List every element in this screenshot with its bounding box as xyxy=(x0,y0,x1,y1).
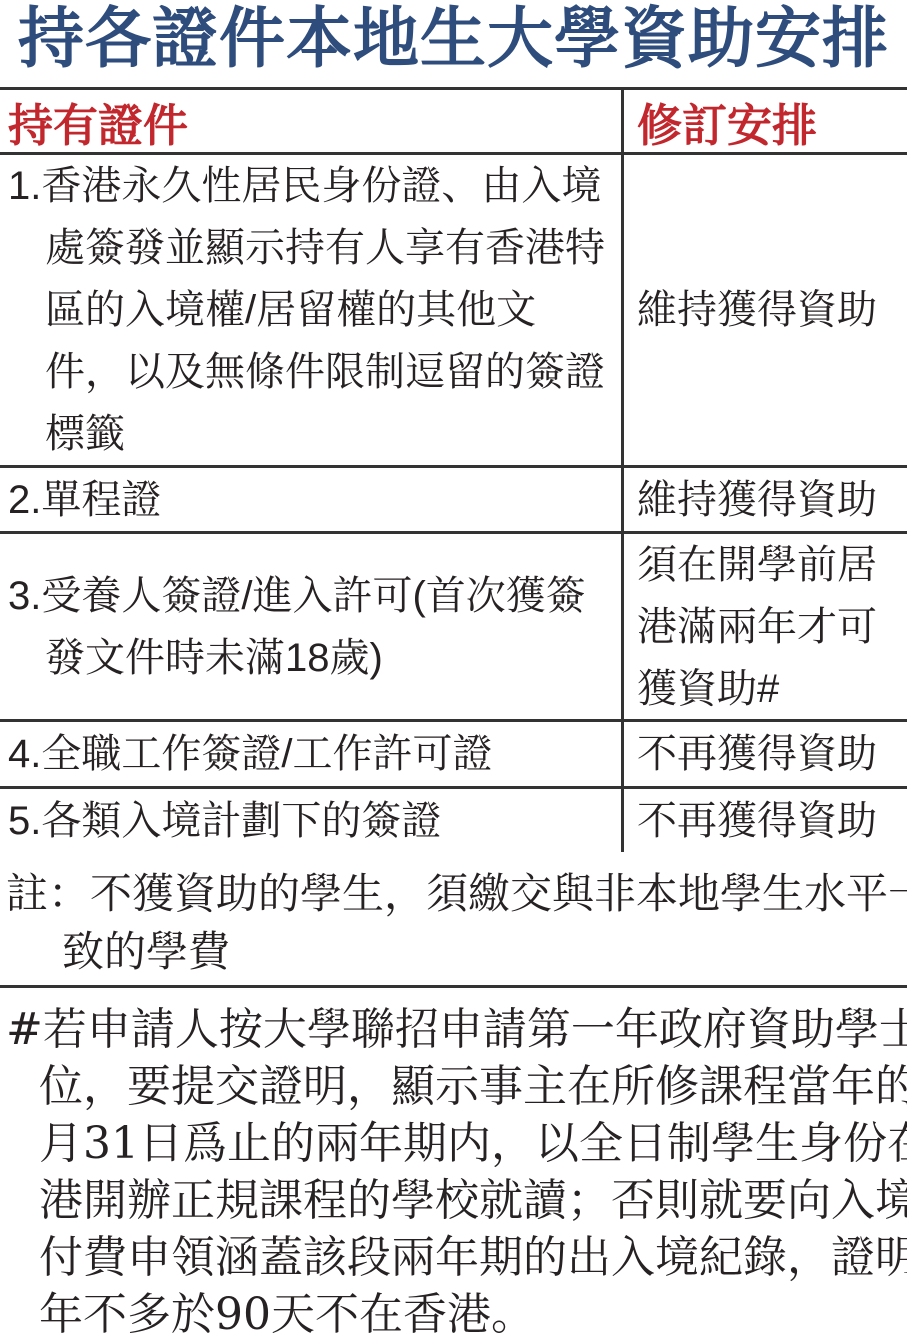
table-row: 4.全職工作簽證/工作許可證 不再獲得資助 xyxy=(0,722,907,789)
table-row: 5.各類入境計劃下的簽證 不再獲得資助 xyxy=(0,789,907,852)
document-text: 4.全職工作簽證/工作許可證 xyxy=(8,723,492,785)
header-cell-arrangement: 修訂安排 xyxy=(621,90,907,152)
infographic-page: 持各證件本地生大學資助安排 持有證件 修訂安排 1.香港永久性居民身份證、由入境… xyxy=(0,0,907,1335)
note-section: 註：不獲資助的學生，須繳交與非本地學生水平一 致的學費 xyxy=(0,855,907,988)
arrangement-text: 須在開學前居 港滿兩年才可 獲資助# xyxy=(637,534,877,720)
note-text: 註：不獲資助的學生，須繳交與非本地學生水平一 致的學費 xyxy=(6,865,907,981)
document-text: 5.各類入境計劃下的簽證 xyxy=(8,790,441,852)
document-cell: 2.單程證 xyxy=(0,468,621,531)
document-text: 2.單程證 xyxy=(8,469,161,531)
arrangement-cell: 不再獲得資助 xyxy=(621,722,907,786)
arrangement-text: 不再獲得資助 xyxy=(637,790,877,852)
footnote-text: #若申請人按大學聯招申請第一年政府資助學士學 位，要提交證明，顯示事主在所修課程… xyxy=(6,1001,907,1335)
page-title: 持各證件本地生大學資助安排 xyxy=(18,0,889,82)
table-row: 3.受養人簽證/進入許可(首次獲簽 發文件時未滿18歲) 須在開學前居 港滿兩年… xyxy=(0,534,907,722)
arrangement-text: 不再獲得資助 xyxy=(637,723,877,785)
document-text: 1.香港永久性居民身份證、由入境 處簽發並顯示持有人享有香港特 區的入境權/居留… xyxy=(8,155,605,465)
header-cell-documents: 持有證件 xyxy=(0,90,621,152)
footnote-section: #若申請人按大學聯招申請第一年政府資助學士學 位，要提交證明，顯示事主在所修課程… xyxy=(0,988,907,1335)
document-cell: 1.香港永久性居民身份證、由入境 處簽發並顯示持有人享有香港特 區的入境權/居留… xyxy=(0,155,621,465)
arrangement-cell: 須在開學前居 港滿兩年才可 獲資助# xyxy=(621,534,907,719)
arrangement-cell: 維持獲得資助 xyxy=(621,468,907,531)
document-text: 3.受養人簽證/進入許可(首次獲簽 發文件時未滿18歲) xyxy=(8,565,586,689)
arrangement-text: 維持獲得資助 xyxy=(637,469,877,531)
subsidy-table: 持有證件 修訂安排 1.香港永久性居民身份證、由入境 處簽發並顯示持有人享有香港… xyxy=(0,87,907,852)
arrangement-cell: 維持獲得資助 xyxy=(621,155,907,465)
arrangement-text: 維持獲得資助 xyxy=(637,279,877,341)
table-row: 1.香港永久性居民身份證、由入境 處簽發並顯示持有人享有香港特 區的入境權/居留… xyxy=(0,155,907,468)
table-header-row: 持有證件 修訂安排 xyxy=(0,90,907,155)
document-cell: 4.全職工作簽證/工作許可證 xyxy=(0,722,621,786)
document-cell: 5.各類入境計劃下的簽證 xyxy=(0,789,621,852)
table-row: 2.單程證 維持獲得資助 xyxy=(0,468,907,534)
document-cell: 3.受養人簽證/進入許可(首次獲簽 發文件時未滿18歲) xyxy=(0,534,621,719)
column-header-documents: 持有證件 xyxy=(8,89,188,154)
arrangement-cell: 不再獲得資助 xyxy=(621,789,907,852)
column-header-arrangement: 修訂安排 xyxy=(637,89,817,154)
